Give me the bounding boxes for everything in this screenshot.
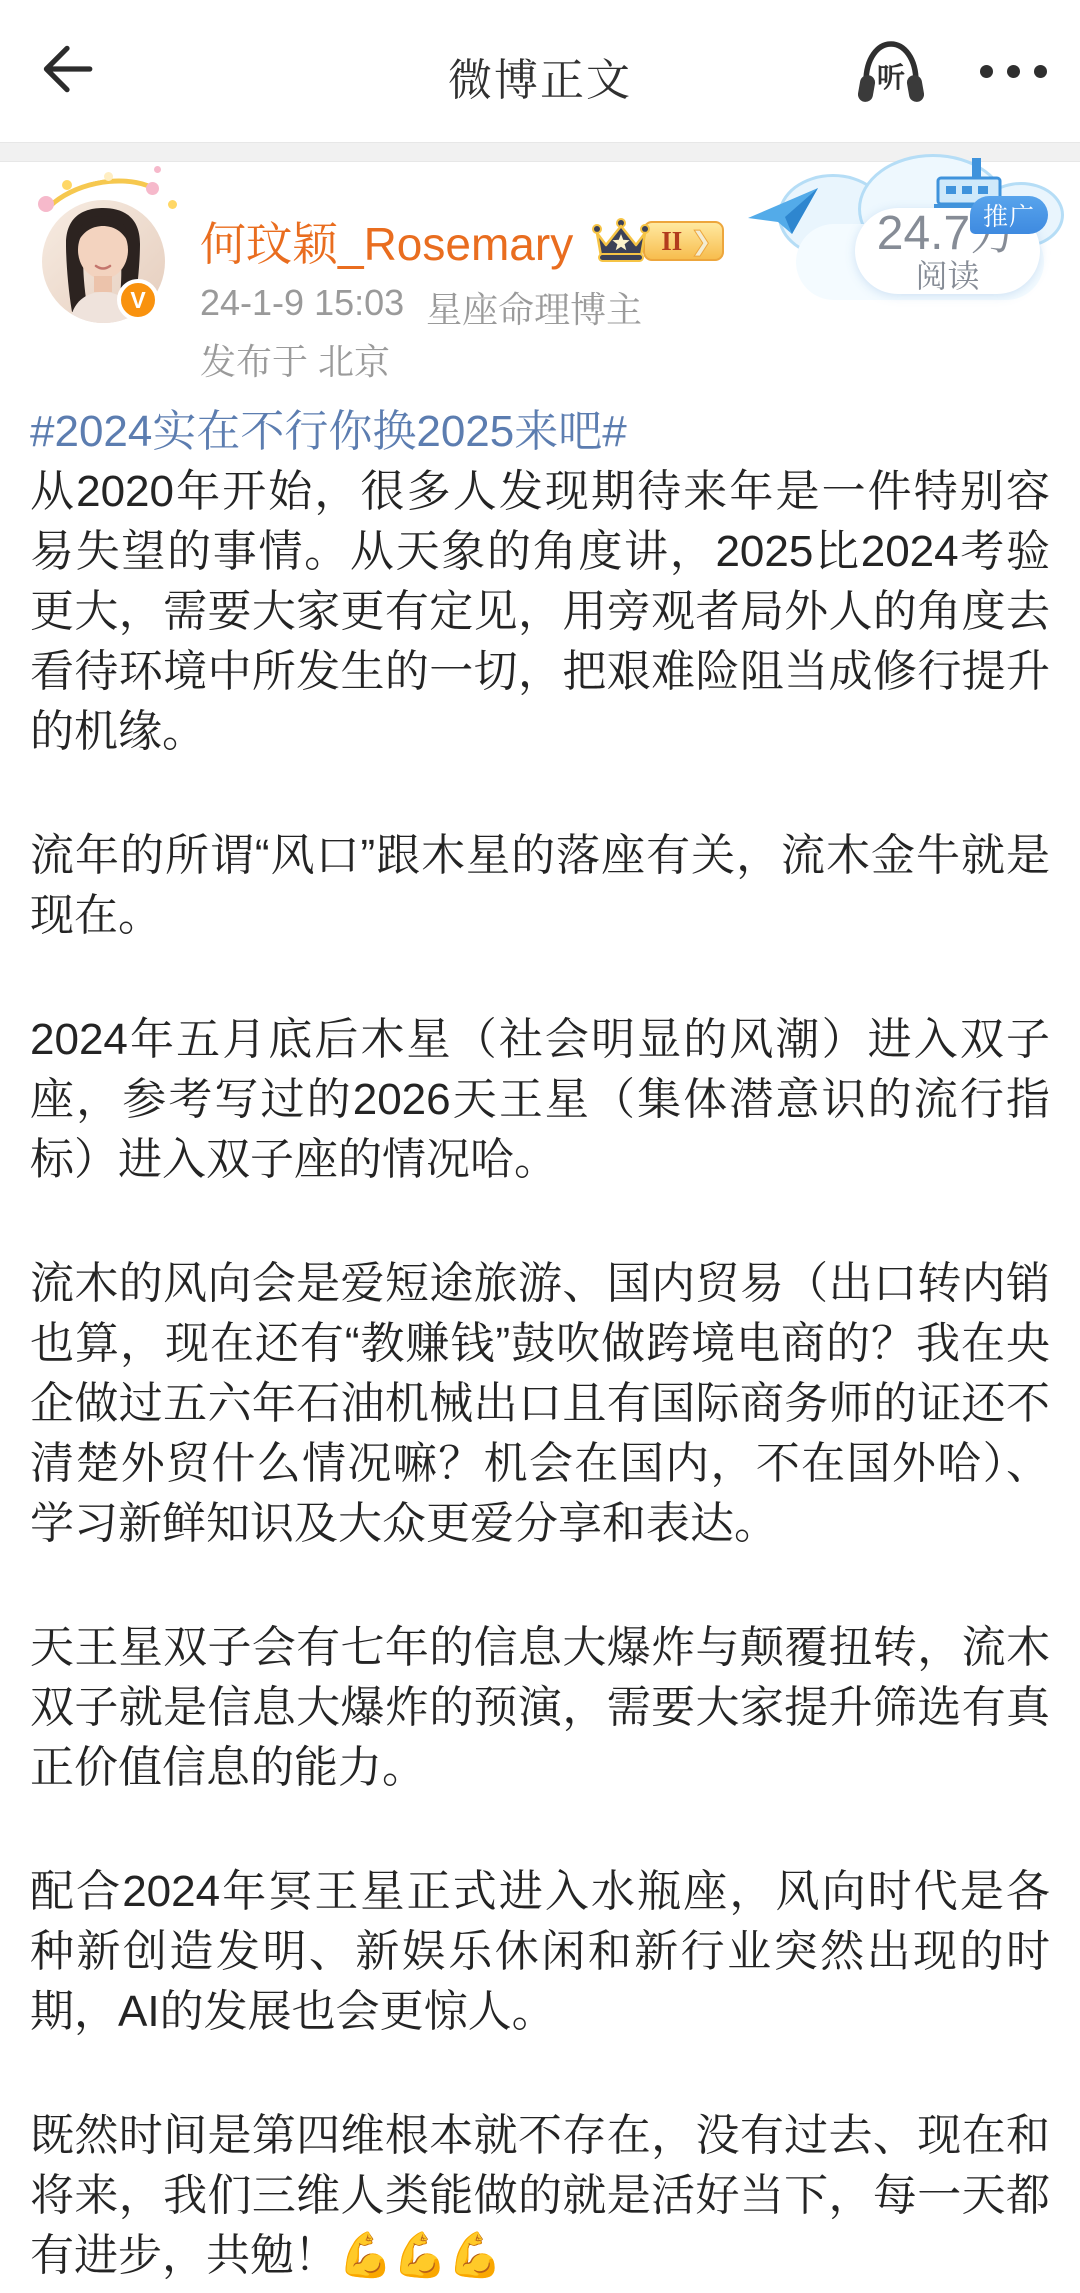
nav-actions: 听 [858, 0, 1047, 142]
username[interactable]: 何玟颖_Rosemary [200, 208, 573, 274]
post-paragraph: 流木的风向会是爱短途旅游、国内贸易（出口转内销也算，现在还有“教赚钱”鼓吹做跨境… [30, 1254, 1050, 1554]
promoted-badge: 推广 [970, 196, 1048, 234]
avatar[interactable]: V [42, 200, 165, 323]
dot [980, 65, 993, 78]
post-header: V 何玟颖_Rosemary II ❯ 24-1-9 15:03 星座命理博主 … [0, 162, 1080, 402]
vip-level-badge[interactable]: II ❯ [643, 221, 724, 261]
listen-audio-icon[interactable]: 听 [858, 34, 924, 108]
sparkle-icon [62, 180, 72, 190]
paper-plane-icon [748, 188, 820, 234]
post-paragraph: 2024年五月底后木星（社会明显的风潮）进入双子座，参考写过的2026天王星（集… [30, 1010, 1050, 1190]
promoted-reads-widget[interactable]: 24.7万 阅读 推广 [740, 152, 1080, 327]
reads-label: 阅读 [915, 259, 979, 293]
post-paragraph: 既然时间是第四维根本就不存在，没有过去、现在和将来，我们三维人类能做的就是活好当… [30, 2106, 1050, 2286]
post-location: 发布于 北京 [200, 334, 390, 385]
post-paragraph: #2024实在不行你换2025来吧#从2020年开始，很多人发现期待来年是一件特… [30, 402, 1050, 762]
sparkle-icon [168, 200, 177, 209]
post-paragraph-text: 从2020年开始，很多人发现期待来年是一件特别容易失望的事情。从天象的角度讲，2… [30, 467, 1050, 756]
post-body: #2024实在不行你换2025来吧#从2020年开始，很多人发现期待来年是一件特… [0, 402, 1080, 2286]
vip-level-text: II [661, 226, 682, 257]
verified-badge-icon: V [117, 279, 159, 321]
username-row: 何玟颖_Rosemary II ❯ [200, 208, 724, 274]
dot [1007, 65, 1020, 78]
chevron-right-icon: ❯ [690, 226, 712, 257]
post-paragraph: 配合2024年冥王星正式进入水瓶座，风向时代是各种新创造发明、新娱乐休闲和新行业… [30, 1862, 1050, 2042]
nav-bar: 微博正文 听 [0, 0, 1080, 142]
post-meta: 24-1-9 15:03 星座命理博主 [200, 282, 642, 333]
sparkle-icon [146, 182, 159, 195]
listen-label: 听 [877, 62, 905, 93]
timestamp: 24-1-9 15:03 [200, 282, 404, 333]
hashtag-link[interactable]: #2024实在不行你换2025来吧# [30, 402, 1050, 462]
author-role-label: 星座命理博主 [426, 282, 642, 333]
sparkle-icon [154, 166, 161, 173]
post-paragraph: 天王星双子会有七年的信息大爆炸与颠覆扭转，流木双子就是信息大爆炸的预演，需要大家… [30, 1618, 1050, 1798]
more-menu-icon[interactable] [980, 0, 1047, 142]
post-paragraph: 流年的所谓“风口”跟木星的落座有关，流木金牛就是现在。 [30, 826, 1050, 946]
dot [1034, 65, 1047, 78]
sparkle-icon [104, 172, 113, 181]
sparkle-icon [38, 196, 54, 212]
vip-crown-icon[interactable] [589, 216, 653, 266]
